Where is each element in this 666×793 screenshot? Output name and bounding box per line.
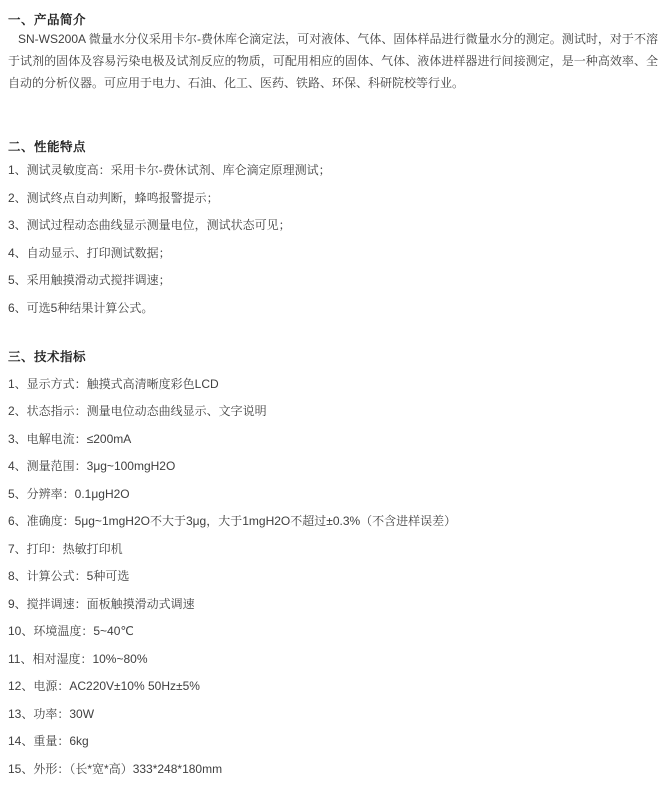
spec-item: 9、搅拌调速：面板触摸滑动式调速 bbox=[8, 596, 658, 612]
spec-item: 8、计算公式：5种可选 bbox=[8, 568, 658, 584]
feature-item: 3、测试过程动态曲线显示测量电位，测试状态可见； bbox=[8, 217, 658, 233]
feature-item: 5、采用触摸滑动式搅拌调速； bbox=[8, 272, 658, 288]
spec-item: 4、测量范围：3μg~100mgH2O bbox=[8, 458, 658, 474]
performance-features-list: 1、测试灵敏度高：采用卡尔-费休试剂、库仑滴定原理测试； 2、测试终点自动判断，… bbox=[8, 162, 658, 316]
product-intro-paragraph: SN-WS200A 微量水分仪采用卡尔-费休库仑滴定法，可对液体、气体、固体样品… bbox=[8, 28, 658, 94]
feature-item: 1、测试灵敏度高：采用卡尔-费休试剂、库仑滴定原理测试； bbox=[8, 162, 658, 178]
spec-item: 12、电源：AC220V±10% 50Hz±5% bbox=[8, 678, 658, 694]
spec-item: 3、电解电流：≤200mA bbox=[8, 431, 658, 447]
spec-item: 14、重量：6kg bbox=[8, 733, 658, 749]
section-heading-product-intro: 一、产品简介 bbox=[8, 12, 658, 28]
document-body: 一、产品简介 SN-WS200A 微量水分仪采用卡尔-费休库仑滴定法，可对液体、… bbox=[0, 0, 666, 793]
feature-item: 4、自动显示、打印测试数据； bbox=[8, 245, 658, 261]
spec-item: 2、状态指示：测量电位动态曲线显示、文字说明 bbox=[8, 403, 658, 419]
section-heading-performance-features: 二、性能特点 bbox=[8, 139, 658, 155]
feature-item: 2、测试终点自动判断，蜂鸣报警提示； bbox=[8, 190, 658, 206]
spec-item: 11、相对湿度：10%~80% bbox=[8, 651, 658, 667]
spec-item: 15、外形：（长*宽*高）333*248*180mm bbox=[8, 761, 658, 777]
spec-item: 13、功率：30W bbox=[8, 706, 658, 722]
spec-item: 10、环境温度：5~40℃ bbox=[8, 623, 658, 639]
section-heading-technical-specs: 三、技术指标 bbox=[8, 349, 658, 365]
spec-item: 6、准确度：5μg~1mgH2O不大于3μg，大于1mgH2O不超过±0.3%（… bbox=[8, 513, 658, 529]
spec-item: 5、分辨率：0.1μgH2O bbox=[8, 486, 658, 502]
technical-specs-list: 1、显示方式：触摸式高清晰度彩色LCD 2、状态指示：测量电位动态曲线显示、文字… bbox=[8, 376, 658, 777]
spec-item: 7、打印：热敏打印机 bbox=[8, 541, 658, 557]
feature-item: 6、可选5种结果计算公式。 bbox=[8, 300, 658, 316]
spec-item: 1、显示方式：触摸式高清晰度彩色LCD bbox=[8, 376, 658, 392]
